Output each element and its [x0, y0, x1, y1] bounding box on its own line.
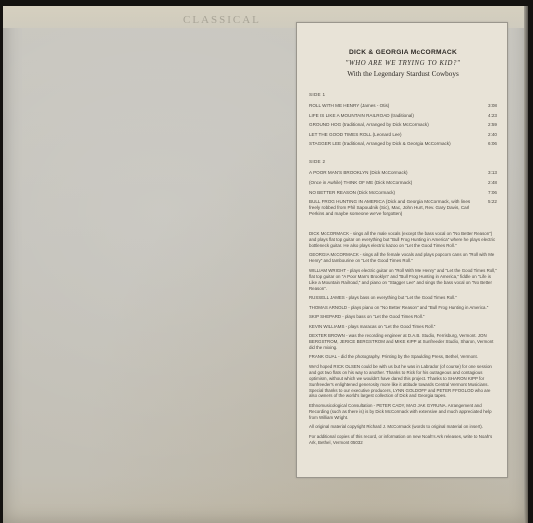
track-title: (Once in Awhile) THINK OF ME (Dick McCor… [309, 180, 481, 186]
track-credit: (traditional) [391, 113, 414, 118]
track-row: A POOR MAN'S BROOKLYN (Dick McCormack)3:… [309, 170, 497, 176]
credit-text: For additional copies of this record, or… [309, 434, 492, 445]
track-title: GROUND HOG (traditional, Arranged by Dic… [309, 122, 481, 128]
track-name: BULL FROG HUNTING IN AMERICA [309, 199, 385, 204]
credit-note: DICK McCORMACK - sings all the male voca… [309, 231, 497, 249]
artist-name: DICK & GEORGIA McCORMACK [309, 49, 497, 56]
track-name: NO BETTER REASON [309, 190, 356, 195]
track-title: LET THE GOOD TIMES ROLL (Leonard Lee) [309, 132, 481, 138]
credit-text: - did the photography. Printing by the S… [337, 354, 478, 359]
track-credit: (Leonard Lee) [373, 132, 402, 137]
track-row: LET THE GOOD TIMES ROLL (Leonard Lee)2:4… [309, 132, 497, 138]
credit-text: - plays bass on "Let the Good Times Roll… [341, 314, 424, 319]
track-name: A POOR MAN'S BROOKLYN [309, 170, 369, 175]
track-credit: (traditional, Arranged by Dick McCormack… [342, 122, 428, 127]
credit-note: THOMAS ARNOLD - plays piano on "No Bette… [309, 305, 497, 311]
track-credit: (James - Otis) [360, 103, 389, 108]
track-duration: 4:23 [481, 113, 497, 119]
track-duration: 3:13 [481, 170, 497, 176]
credit-note: WILLIAM WRIGHT - plays electric guitar o… [309, 268, 497, 292]
credit-text: All original material copyright Richard … [309, 424, 483, 429]
side-1-label: SIDE 1 [309, 92, 497, 97]
track-row: BULL FROG HUNTING IN AMERICA (Dick and G… [309, 199, 497, 217]
credit-note: SKIP SHEPARD - plays bass on "Let the Go… [309, 314, 497, 320]
credit-name: DICK McCORMACK [309, 231, 349, 236]
credit-note: We'd hoped RICK OLSEN could be with us b… [309, 364, 497, 399]
credit-note: All original material copyright Richard … [309, 424, 497, 430]
credit-text: We'd hoped RICK OLSEN could be with us b… [309, 364, 492, 399]
credits-notes: DICK McCORMACK - sings all the male voca… [309, 231, 497, 445]
track-row: GROUND HOG (traditional, Arranged by Dic… [309, 122, 497, 128]
track-name: GROUND HOG [309, 122, 341, 127]
credit-note: KEVIN WILLIAMS - plays maracas on "Let t… [309, 324, 497, 330]
credit-name: KEVIN WILLIAMS [309, 324, 344, 329]
track-name: ROLL WITH ME HENRY [309, 103, 359, 108]
liner-notes-panel: DICK & GEORGIA McCORMACK "WHO ARE WE TRY… [296, 22, 508, 478]
track-credit: (traditional, Arranged by Dick & Georgia… [342, 141, 450, 146]
credit-text: - plays piano on "No Better Reason" and … [347, 305, 488, 310]
track-name: (Once in Awhile) THINK OF ME [309, 180, 373, 185]
track-duration: 2:40 [481, 132, 497, 138]
credit-note: For additional copies of this record, or… [309, 434, 497, 446]
credit-note: Ethnomusicological Consultation - PETER … [309, 403, 497, 421]
track-duration: 2:48 [481, 180, 497, 186]
credit-text: - plays maracas on "Let the Good Times R… [344, 324, 435, 329]
track-duration: 3:08 [481, 103, 497, 109]
track-row: NO BETTER REASON (Dick McCormack)7:06 [309, 190, 497, 196]
track-duration: 6:06 [481, 141, 497, 147]
credit-note: GEORGIA McCORMACK - sings all the female… [309, 252, 497, 264]
credit-name: RUSSELL JAMES [309, 295, 345, 300]
credit-text: Ethnomusicological Consultation - PETER … [309, 403, 492, 420]
album-title: "WHO ARE WE TRYING TO KID?" [309, 60, 497, 67]
track-title: NO BETTER REASON (Dick McCormack) [309, 190, 481, 196]
track-name: LIFE IS LIKE A MOUNTAIN RAILROAD [309, 113, 390, 118]
track-duration: 5:22 [481, 199, 497, 205]
track-title: LIFE IS LIKE A MOUNTAIN RAILROAD (tradit… [309, 113, 481, 119]
track-row: ROLL WITH ME HENRY (James - Otis)3:08 [309, 103, 497, 109]
credit-note: DEXTER BROWN - was the recording enginee… [309, 333, 497, 351]
credit-name: DEXTER BROWN [309, 333, 345, 338]
track-title: STAGGER LEE (traditional, Arranged by Di… [309, 141, 481, 147]
track-title: A POOR MAN'S BROOKLYN (Dick McCormack) [309, 170, 481, 176]
credit-text: - plays bass on everything but "Let the … [345, 295, 457, 300]
side-1-tracklist: ROLL WITH ME HENRY (James - Otis)3:08LIF… [309, 103, 497, 147]
track-row: LIFE IS LIKE A MOUNTAIN RAILROAD (tradit… [309, 113, 497, 119]
side-2-tracklist: A POOR MAN'S BROOKLYN (Dick McCormack)3:… [309, 170, 497, 217]
credit-note: RUSSELL JAMES - plays bass on everything… [309, 295, 497, 301]
credit-name: FRANK GUAL [309, 354, 337, 359]
credit-name: GEORGIA McCORMACK [309, 252, 359, 257]
cover-wear [3, 475, 528, 523]
track-duration: 2:59 [481, 122, 497, 128]
track-name: STAGGER LEE [309, 141, 341, 146]
track-title: ROLL WITH ME HENRY (James - Otis) [309, 103, 481, 109]
track-row: (Once in Awhile) THINK OF ME (Dick McCor… [309, 180, 497, 186]
track-credit: (Dick McCormack) [370, 170, 408, 175]
track-credit: (Dick McCormack) [374, 180, 412, 185]
track-title: BULL FROG HUNTING IN AMERICA (Dick and G… [309, 199, 481, 217]
track-credit: (Dick McCormack) [357, 190, 395, 195]
album-subtitle: With the Legendary Stardust Cowboys [309, 70, 497, 78]
credit-name: THOMAS ARNOLD [309, 305, 347, 310]
cover-edge [524, 6, 528, 523]
track-name: LET THE GOOD TIMES ROLL [309, 132, 371, 137]
credit-name: WILLIAM WRIGHT [309, 268, 346, 273]
credit-name: SKIP SHEPARD [309, 314, 341, 319]
track-row: STAGGER LEE (traditional, Arranged by Di… [309, 141, 497, 147]
track-duration: 7:06 [481, 190, 497, 196]
side-2-label: SIDE 2 [309, 159, 497, 164]
credit-note: FRANK GUAL - did the photography. Printi… [309, 354, 497, 360]
